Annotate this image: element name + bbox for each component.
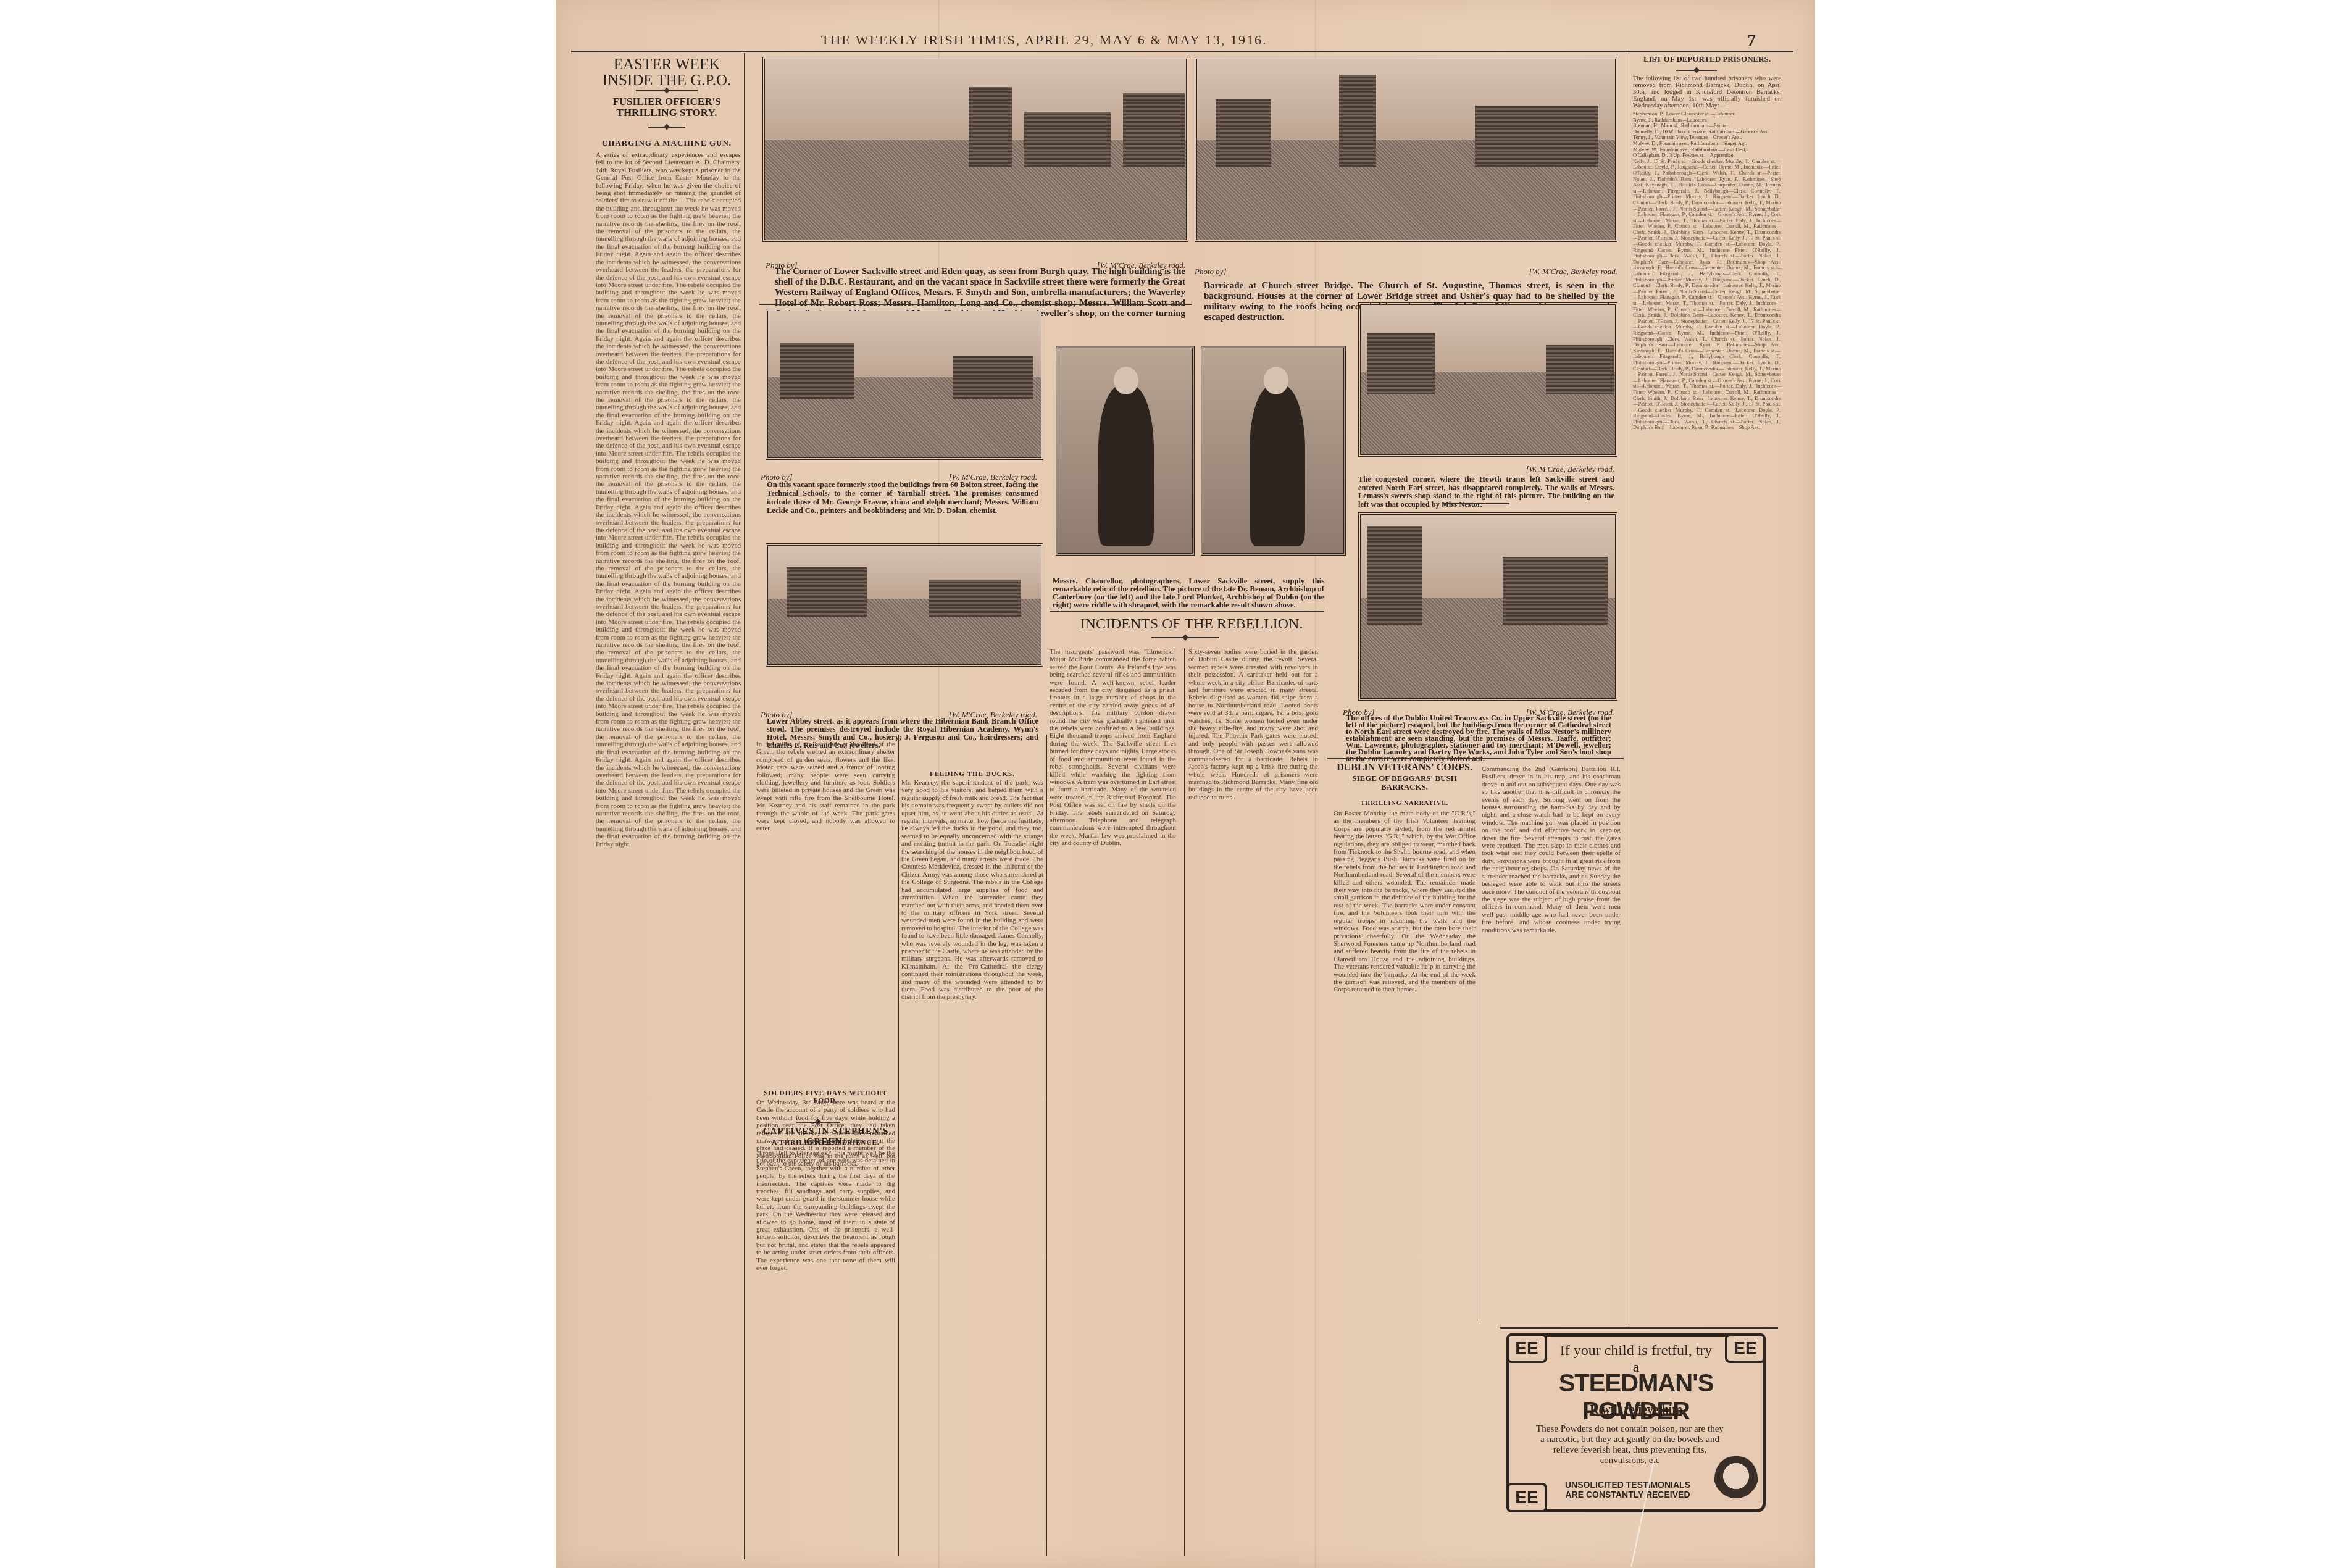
photo-tramways-offices <box>1358 512 1617 701</box>
ornament-divider <box>1151 637 1219 638</box>
section-head-thrilling-narrative: THRILLING NARRATIVE. <box>1334 800 1476 807</box>
masthead-rule <box>571 51 1793 52</box>
middle-col-1-text-c: "From Hell to Gleneagles." This might we… <box>756 1149 895 1554</box>
photo-caption: The offices of the Dublin United Tramway… <box>1346 715 1611 762</box>
incidents-column-left: The insurgents' password was "Limerick."… <box>1050 648 1176 1556</box>
masthead-title: THE WEEKLY IRISH TIMES, APRIL 29, MAY 6 … <box>821 32 1267 48</box>
column-divider <box>1184 648 1185 1556</box>
article-subhead-fusilier: FUSILIER OFFICER'S THRILLING STORY. <box>593 96 741 119</box>
section-rule <box>1500 1327 1778 1329</box>
list-intro: The following list of two hundred prison… <box>1633 75 1781 109</box>
photo-sackville-eden-quay <box>762 57 1188 242</box>
ee-badge: EE <box>1725 1333 1766 1363</box>
article-headline-gpo: EASTER WEEK INSIDE THE G.P.O. <box>593 57 741 89</box>
column-divider <box>898 735 899 1556</box>
photo-portrait-benson <box>1056 346 1195 556</box>
section-head-machine-gun: CHARGING A MACHINE GUN. <box>593 138 741 148</box>
photo-credit-left: Photo by] <box>1195 267 1227 277</box>
incidents-column-right: Sixty-seven bodies were buried in the ga… <box>1188 648 1318 1556</box>
ornament-divider <box>796 1122 840 1123</box>
column-divider <box>1046 735 1047 1556</box>
article-body-gpo: A series of extraordinary experiences an… <box>596 151 741 1553</box>
middle-col-1-text: In the midst of the barricade at the hea… <box>756 741 895 1086</box>
veterans-body-col2: Commanding the 2nd (Garrison) Battalion … <box>1482 765 1621 1321</box>
ornament-divider <box>1676 70 1717 71</box>
child-illustration <box>1714 1456 1758 1506</box>
photo-bolton-street <box>766 309 1043 460</box>
column-divider <box>1479 765 1479 1321</box>
ee-badge: EE <box>1506 1483 1547 1512</box>
advert-body: These Powders do not contain poison, nor… <box>1534 1424 1726 1466</box>
section-rule <box>759 304 1192 305</box>
ornament-divider <box>648 127 685 128</box>
section-head-feeding-ducks: FEEDING THE DUCKS. <box>901 770 1043 778</box>
list-headline-deported: LIST OF DEPORTED PRISONERS. <box>1630 54 1784 64</box>
column-divider <box>744 53 745 1559</box>
ee-badge: EE <box>1506 1333 1547 1363</box>
spacer <box>1050 1559 1050 1559</box>
ornament-divider <box>636 90 698 91</box>
photo-howth-trams-corner <box>1358 302 1617 457</box>
middle-col-2-text: Mr. Kearney, the superintendent of the p… <box>901 779 1043 1554</box>
section-subhead-thrilling: A THRILLING EXPERIENCE. <box>756 1139 895 1146</box>
photo-caption: On this vacant space formerly stood the … <box>767 480 1038 515</box>
advert-tagline: It will relieve him <box>1509 1403 1763 1417</box>
article-headline-veterans: DUBLIN VETERANS' CORPS. <box>1334 762 1476 773</box>
section-rule <box>1442 503 1509 504</box>
article-headline-incidents: INCIDENTS OF THE REBELLION. <box>1050 616 1334 633</box>
photo-caption-portraits: Messrs. Chancellor, photographers, Lower… <box>1053 577 1324 609</box>
page-number: 7 <box>1747 31 1756 51</box>
article-subhead-beggars-bush: SIEGE OF BEGGARS' BUSH BARRACKS. <box>1334 774 1476 791</box>
advert-footer: UNSOLICITED TESTIMONIALS ARE CONSTANTLY … <box>1565 1480 1690 1499</box>
photo-portrait-plunket <box>1201 346 1346 556</box>
section-rule <box>1050 611 1324 612</box>
steedmans-powder-advert: EE EE EE If your child is fretful, try a… <box>1506 1333 1766 1512</box>
photo-church-street-barricade <box>1195 57 1617 242</box>
column-divider <box>1627 53 1627 1325</box>
photo-credit-right: [W. M'Crae, Berkeley road. <box>1482 464 1614 474</box>
section-rule <box>1327 758 1624 759</box>
photo-credit-right: [W. M'Crae, Berkeley road. <box>1482 267 1617 277</box>
photo-lower-abbey-street <box>766 543 1043 667</box>
veterans-body-col1: On Easter Monday the main body of the "G… <box>1334 810 1476 1557</box>
deported-prisoners-list: Stephenson, P., Lower Gloucester st.—Lab… <box>1633 111 1781 1321</box>
